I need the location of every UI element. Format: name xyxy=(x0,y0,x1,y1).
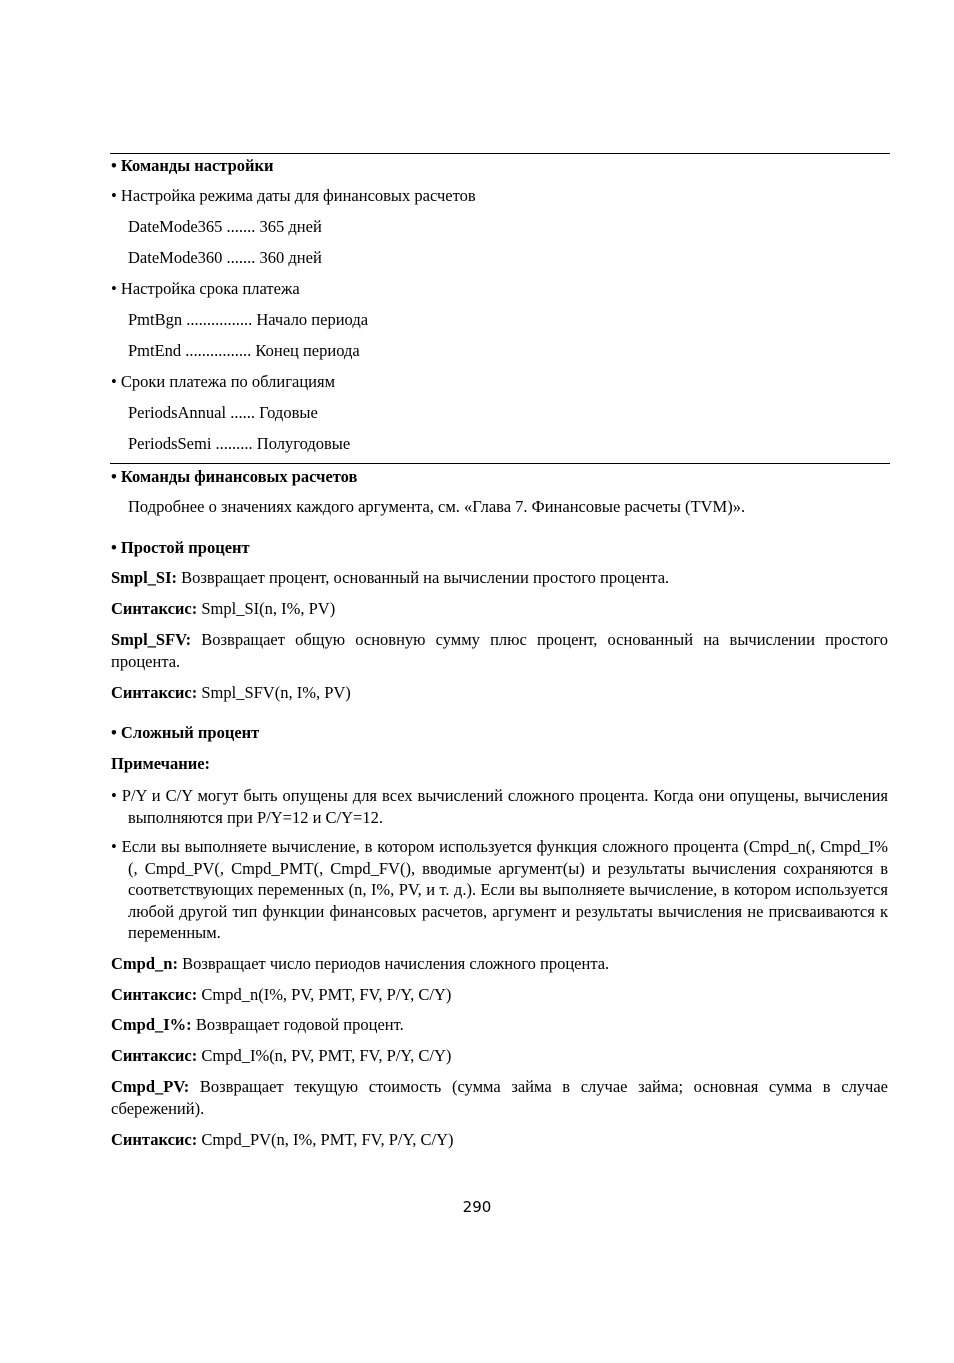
function-description: Возвращает процент, основанный на вычисл… xyxy=(177,568,669,587)
syntax-text: Cmpd_I%(n, PV, PMT, FV, P/Y, C/Y) xyxy=(197,1046,451,1065)
date-mode-title: • Настройка режима даты для финансовых р… xyxy=(111,185,889,207)
date-mode-item: DateMode365 ....... 365 дней xyxy=(128,216,906,238)
bond-periods-item: PeriodsAnnual ...... Годовые xyxy=(128,402,906,424)
syntax-label: Синтаксис: xyxy=(111,985,197,1004)
syntax-text: Cmpd_n(I%, PV, PMT, FV, P/Y, C/Y) xyxy=(197,985,451,1004)
section-divider xyxy=(110,463,890,464)
syntax-text: Smpl_SFV(n, I%, PV) xyxy=(197,683,351,702)
financial-heading: • Команды финансовых расчетов xyxy=(111,466,889,488)
page-number: 290 xyxy=(0,1198,954,1216)
function-description: Возвращает годовой процент. xyxy=(192,1015,404,1034)
function-description: Возвращает число периодов начисления сло… xyxy=(178,954,609,973)
simple-interest-heading: • Простой процент xyxy=(111,537,889,559)
smpl-si-syntax: Синтаксис: Smpl_SI(n, I%, PV) xyxy=(111,598,889,620)
function-name: Cmpd_I%: xyxy=(111,1015,192,1034)
payment-period-title: • Настройка срока платежа xyxy=(111,278,889,300)
note-item: • P/Y и C/Y могут быть опущены для всех … xyxy=(111,785,888,828)
syntax-text: Smpl_SI(n, I%, PV) xyxy=(197,599,335,618)
function-description: Возвращает текущую стоимость (сумма займ… xyxy=(111,1077,888,1118)
cmpd-i-definition: Cmpd_I%: Возвращает годовой процент. xyxy=(111,1014,889,1036)
function-description: Возвращает общую основную сумму плюс про… xyxy=(111,630,888,671)
syntax-label: Синтаксис: xyxy=(111,1130,197,1149)
cmpd-n-definition: Cmpd_n: Возвращает число периодов начисл… xyxy=(111,953,889,975)
note-label: Примечание: xyxy=(111,753,889,775)
bond-periods-title: • Сроки платежа по облигациям xyxy=(111,371,889,393)
note-item: • Если вы выполняете вычисление, в котор… xyxy=(111,836,888,944)
syntax-label: Синтаксис: xyxy=(111,599,197,618)
payment-period-item: PmtBgn ................ Начало периода xyxy=(128,309,906,331)
smpl-sfv-definition: Smpl_SFV: Возвращает общую основную сумм… xyxy=(111,629,888,673)
syntax-text: Cmpd_PV(n, I%, PMT, FV, P/Y, C/Y) xyxy=(197,1130,453,1149)
cmpd-i-syntax: Синтаксис: Cmpd_I%(n, PV, PMT, FV, P/Y, … xyxy=(111,1045,889,1067)
cmpd-pv-definition: Cmpd_PV: Возвращает текущую стоимость (с… xyxy=(111,1076,888,1120)
cmpd-n-syntax: Синтаксис: Cmpd_n(I%, PV, PMT, FV, P/Y, … xyxy=(111,984,889,1006)
smpl-sfv-syntax: Синтаксис: Smpl_SFV(n, I%, PV) xyxy=(111,682,889,704)
payment-period-item: PmtEnd ................ Конец периода xyxy=(128,340,906,362)
bond-periods-item: PeriodsSemi ......... Полугодовые xyxy=(128,433,906,455)
section-divider xyxy=(110,153,890,154)
compound-interest-heading: • Сложный процент xyxy=(111,722,889,744)
function-name: Cmpd_PV: xyxy=(111,1077,189,1096)
function-name: Smpl_SFV: xyxy=(111,630,191,649)
syntax-label: Синтаксис: xyxy=(111,683,197,702)
date-mode-item: DateMode360 ....... 360 дней xyxy=(128,247,906,269)
financial-intro: Подробнее о значениях каждого аргумента,… xyxy=(128,496,906,518)
setup-heading: • Команды настройки xyxy=(111,155,889,177)
function-name: Cmpd_n: xyxy=(111,954,178,973)
cmpd-pv-syntax: Синтаксис: Cmpd_PV(n, I%, PMT, FV, P/Y, … xyxy=(111,1129,889,1151)
smpl-si-definition: Smpl_SI: Возвращает процент, основанный … xyxy=(111,567,889,589)
syntax-label: Синтаксис: xyxy=(111,1046,197,1065)
function-name: Smpl_SI: xyxy=(111,568,177,587)
document-page: • Команды настройки • Настройка режима д… xyxy=(0,0,954,1363)
